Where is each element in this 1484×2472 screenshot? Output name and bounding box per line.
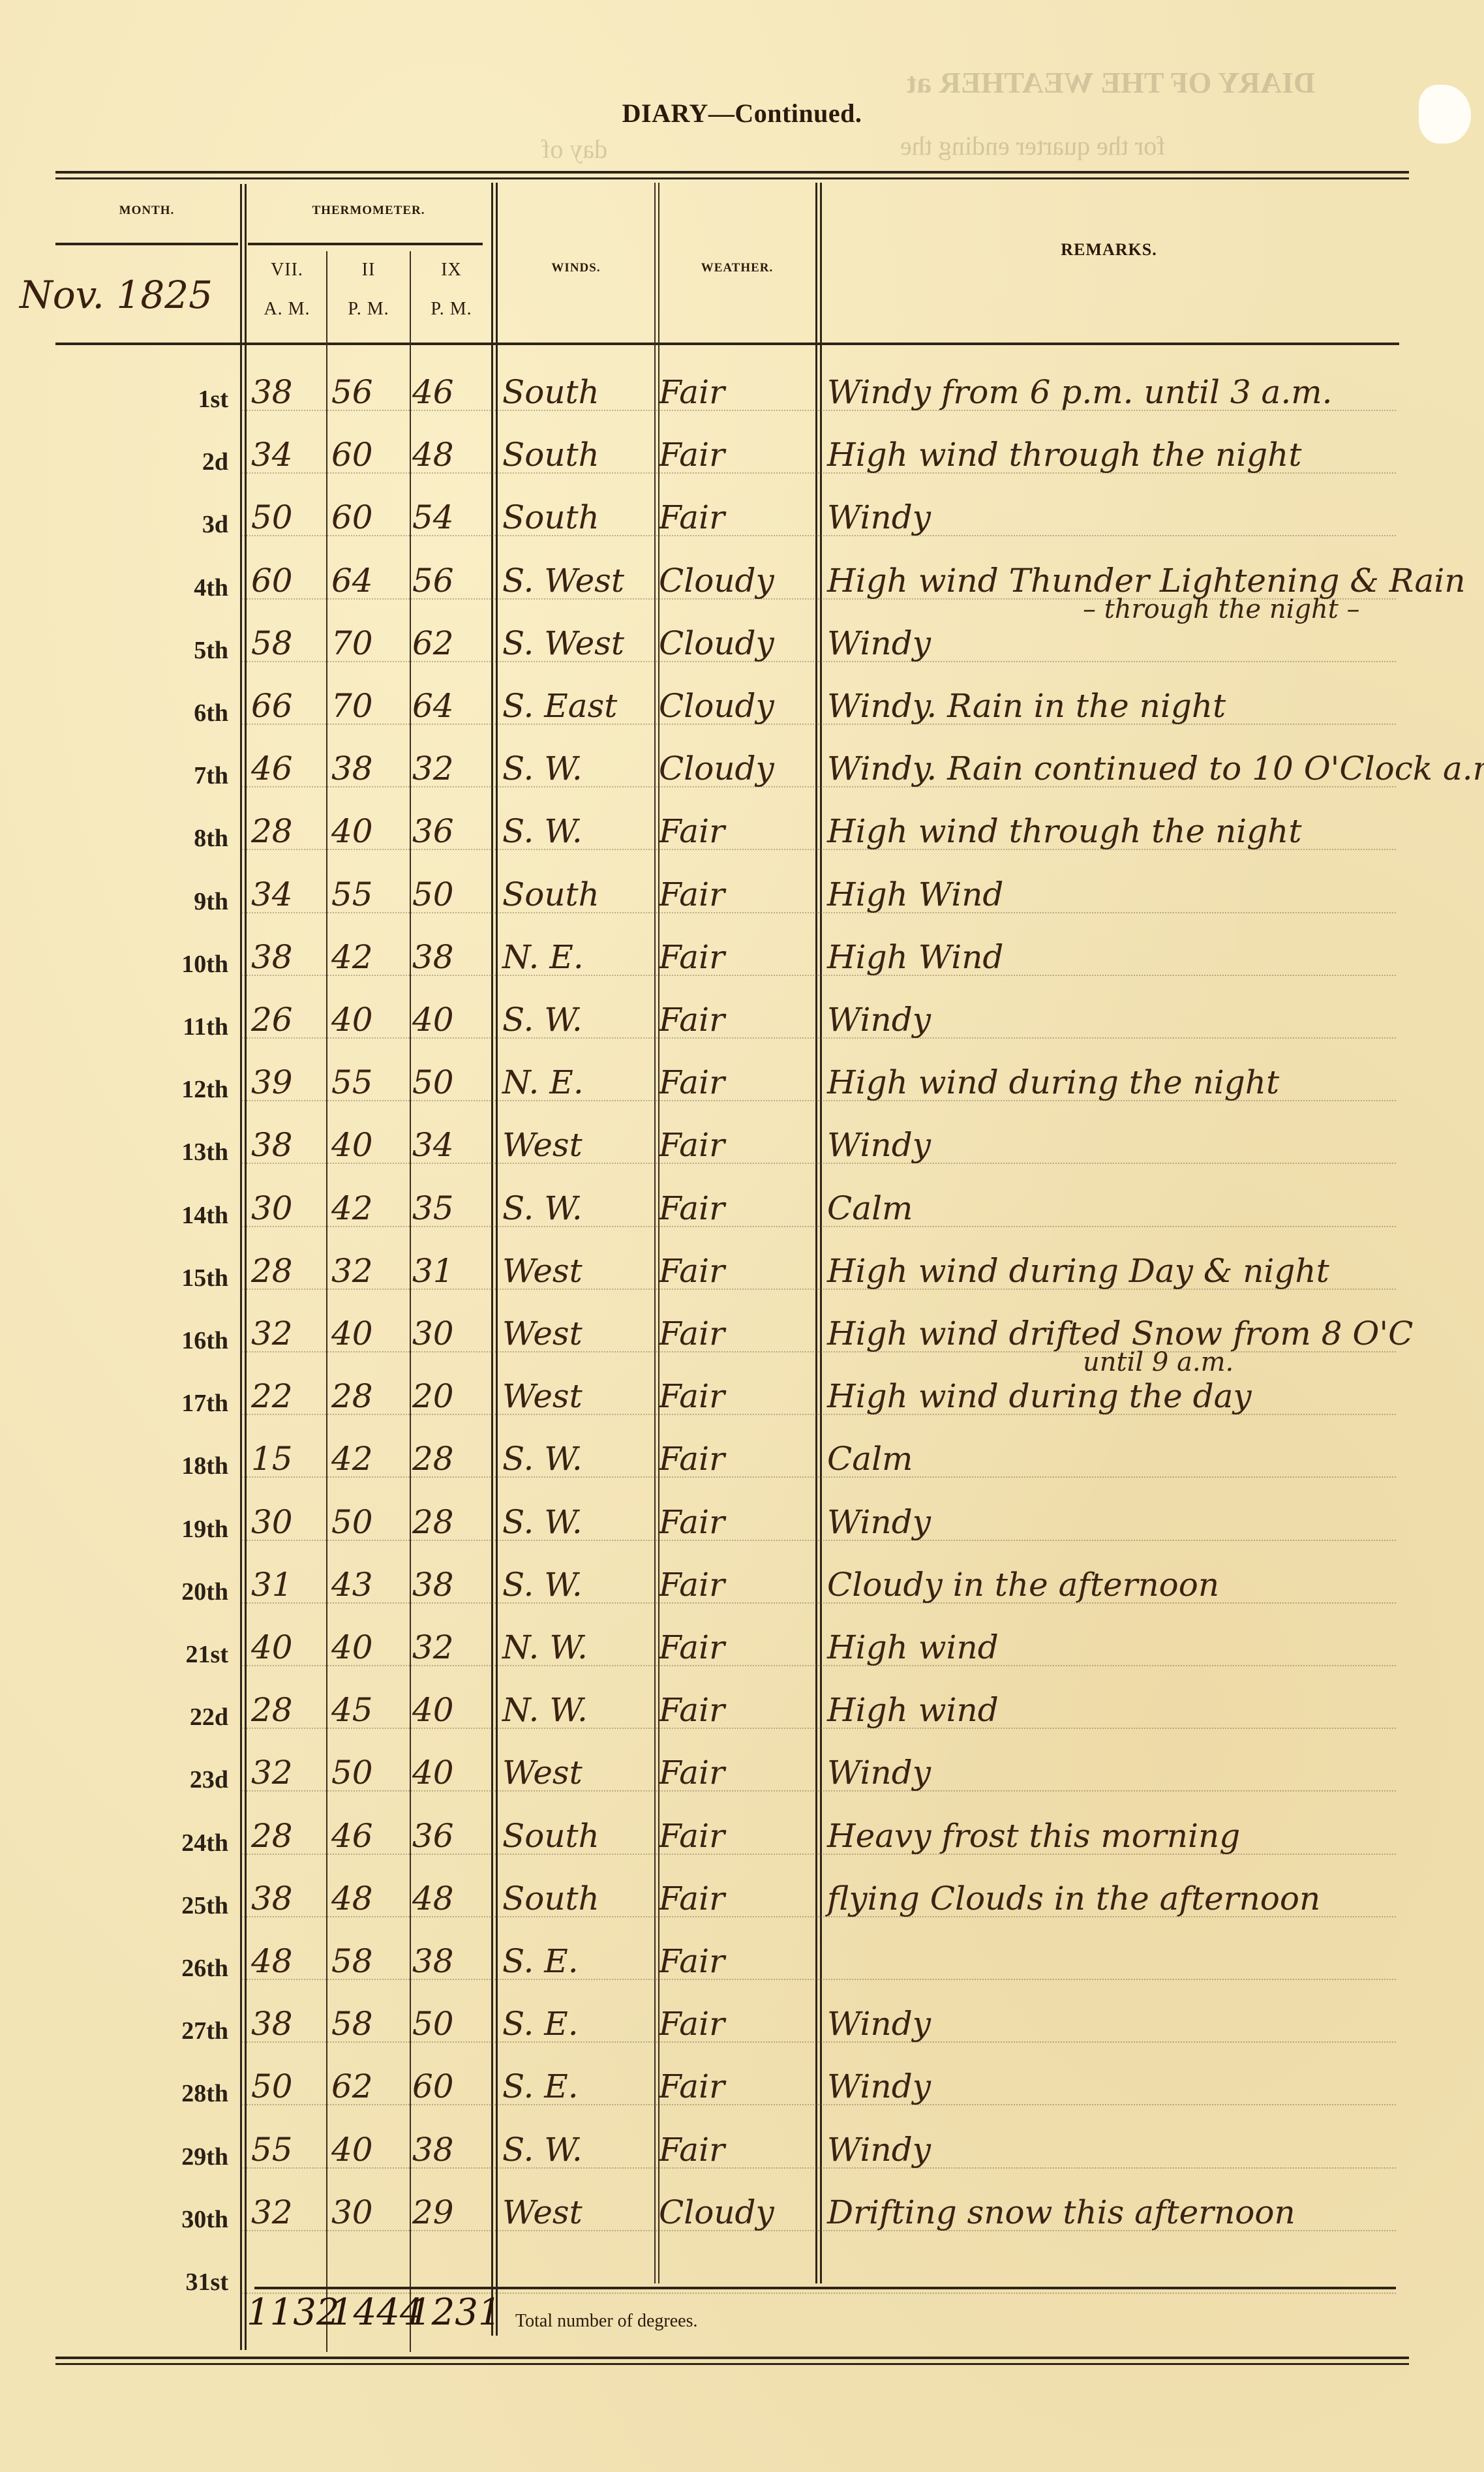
weather-condition: Fair	[659, 373, 725, 411]
remark: Windy. Rain continued to 10 O'Clock a.m.	[827, 750, 1484, 787]
temp-7am: 58	[251, 624, 293, 662]
remark: High Wind	[827, 938, 1003, 976]
wind-direction: S. W.	[502, 750, 583, 787]
table-row: 23d 32 50 40 West Fair Windy	[0, 1738, 1484, 1801]
temp-2pm: 48	[331, 1880, 373, 1917]
remark: High wind during Day & night	[827, 1252, 1329, 1290]
table-row: 27th 38 58 50 S. E. Fair Windy	[0, 1989, 1484, 2052]
day-label: 10th	[150, 950, 228, 979]
temp-7am: 32	[251, 2193, 293, 2231]
temp-9pm: 28	[412, 1503, 454, 1541]
temp-9pm: 40	[412, 1691, 454, 1729]
wind-direction: West	[502, 2193, 583, 2231]
temp-9pm: 38	[412, 938, 454, 976]
temp-9pm: 48	[412, 436, 454, 474]
temp-2pm: 55	[331, 1063, 373, 1101]
weather-condition: Cloudy	[659, 624, 774, 662]
temp-7am: 38	[251, 938, 293, 976]
temp-7am: 50	[251, 498, 293, 536]
temp-2pm: 64	[331, 562, 373, 600]
wind-direction: S. E.	[502, 2068, 579, 2105]
table-row: 12th 39 55 50 N. E. Fair High wind durin…	[0, 1048, 1484, 1110]
winds-header: WINDS.	[498, 261, 654, 275]
remark: High wind through the night	[827, 436, 1301, 474]
wind-direction: S. W.	[502, 1503, 583, 1541]
temp-2pm: 60	[331, 498, 373, 536]
temp-2pm: 43	[331, 1566, 373, 1604]
weather-condition: Fair	[659, 2005, 725, 2043]
wind-direction: West	[502, 1252, 583, 1290]
temp-7am: 48	[251, 1942, 293, 1980]
temp-2pm: 40	[331, 1001, 373, 1039]
temp-7am: 26	[251, 1001, 293, 1039]
table-row: 20th 31 43 38 S. W. Fair Cloudy in the a…	[0, 1550, 1484, 1613]
day-label: 28th	[150, 2079, 228, 2108]
table-row: 18th 15 42 28 S. W. Fair Calm	[0, 1424, 1484, 1487]
temp-9pm: 38	[412, 1566, 454, 1604]
wind-direction: West	[502, 1315, 583, 1352]
remark: High wind during the day	[827, 1377, 1252, 1415]
remark: flying Clouds in the afternoon	[827, 1880, 1320, 1917]
temp-7am: 55	[251, 2131, 293, 2169]
weather-condition: Fair	[659, 498, 725, 536]
remark: Windy	[827, 624, 931, 662]
remarks-header: REMARKS.	[822, 240, 1396, 260]
temp-2pm: 40	[331, 1315, 373, 1352]
wind-direction: S. West	[502, 562, 624, 600]
table-row: 26th 48 58 38 S. E. Fair	[0, 1927, 1484, 1989]
temp-2pm: 50	[331, 1503, 373, 1541]
temp-2pm: 46	[331, 1817, 373, 1855]
temp-7am: 30	[251, 1189, 293, 1227]
day-label: 13th	[150, 1138, 228, 1167]
temp-9pm: 30	[412, 1315, 454, 1352]
table-row: 1st 38 56 46 South Fair Windy from 6 p.m…	[0, 358, 1484, 420]
temp-9pm: 56	[412, 562, 454, 600]
total-am7: 1132	[247, 2291, 340, 2334]
temp-7am: 32	[251, 1315, 293, 1352]
total-label: Total number of degrees.	[515, 2311, 698, 2332]
wind-direction: N. E.	[502, 938, 584, 976]
temp-9pm: 54	[412, 498, 454, 536]
temp-7am: 39	[251, 1063, 293, 1101]
wind-direction: West	[502, 1126, 583, 1164]
top-rule	[55, 171, 1409, 174]
day-label: 22d	[150, 1703, 228, 1732]
temp-2pm: 58	[331, 2005, 373, 2043]
weather-condition: Fair	[659, 938, 725, 976]
table-row: 4th 60 64 56 S. West Cloudy High wind Th…	[0, 546, 1484, 609]
table-row: 24th 28 46 36 South Fair Heavy frost thi…	[0, 1801, 1484, 1864]
remark: High wind through the night	[827, 812, 1301, 850]
bottom-rule	[55, 2357, 1409, 2359]
month-entry: Nov. 1825	[20, 273, 213, 317]
weather-condition: Fair	[659, 1440, 725, 1478]
temp-2pm: 38	[331, 750, 373, 787]
temp-2pm: 40	[331, 1126, 373, 1164]
day-label: 11th	[150, 1013, 228, 1041]
remark: Windy	[827, 1126, 931, 1164]
wind-direction: S. W.	[502, 812, 583, 850]
day-label: 3d	[150, 510, 228, 539]
temp-9pm: 50	[412, 876, 454, 913]
temp-9pm: 38	[412, 2131, 454, 2169]
month-header-rule	[55, 243, 238, 245]
top-rule-2	[55, 177, 1409, 179]
temp-2pm: 62	[331, 2068, 373, 2105]
weather-condition: Cloudy	[659, 750, 774, 787]
day-label: 19th	[150, 1515, 228, 1544]
table-row: 16th 32 40 30 West Fair High wind drifte…	[0, 1299, 1484, 1362]
wind-direction: S. W.	[502, 1440, 583, 1478]
temp-9pm: 35	[412, 1189, 454, 1227]
table-row: 31st	[0, 2240, 1484, 2303]
temp-9pm: 46	[412, 373, 454, 411]
time-header-vii: VII.	[248, 260, 326, 281]
day-label: 15th	[150, 1264, 228, 1292]
bleed-through-day-of: day of	[541, 134, 607, 164]
temp-2pm: 40	[331, 812, 373, 850]
temp-2pm: 45	[331, 1691, 373, 1729]
bleed-through-heading: DIARY OF THE WEATHER at	[907, 65, 1315, 100]
weather-condition: Fair	[659, 2131, 725, 2169]
temp-2pm: 50	[331, 1754, 373, 1792]
temp-9pm: 20	[412, 1377, 454, 1415]
table-row: 5th 58 70 62 S. West Cloudy Windy	[0, 609, 1484, 671]
table-row: 3d 50 60 54 South Fair Windy	[0, 483, 1484, 545]
remark: Windy	[827, 1503, 931, 1541]
temp-7am: 38	[251, 373, 293, 411]
temp-7am: 30	[251, 1503, 293, 1541]
temp-9pm: 32	[412, 1628, 454, 1666]
temp-7am: 28	[251, 1691, 293, 1729]
temp-7am: 66	[251, 687, 293, 725]
weather-condition: Fair	[659, 1566, 725, 1604]
day-label: 29th	[150, 2143, 228, 2171]
temp-9pm: 50	[412, 2005, 454, 2043]
wind-direction: S. E.	[502, 2005, 579, 2043]
remark: Drifting snow this afternoon	[827, 2193, 1295, 2231]
day-label: 9th	[150, 887, 228, 916]
day-label: 1st	[150, 385, 228, 414]
temp-2pm: 70	[331, 687, 373, 725]
weather-condition: Fair	[659, 1754, 725, 1792]
temp-7am: 38	[251, 2005, 293, 2043]
time-header-ii: II	[327, 260, 410, 281]
remark: Windy	[827, 1001, 931, 1039]
thermometer-header-rule	[248, 243, 483, 245]
remark: High wind during the night	[827, 1063, 1279, 1101]
header-bottom-rule	[55, 343, 1399, 345]
temp-2pm: 32	[331, 1252, 373, 1290]
day-label: 7th	[150, 761, 228, 790]
wind-direction: South	[502, 1880, 599, 1917]
page-title: DIARY—Continued.	[0, 98, 1484, 129]
weather-condition: Cloudy	[659, 2193, 774, 2231]
weather-condition: Cloudy	[659, 687, 774, 725]
table-row: 19th 30 50 28 S. W. Fair Windy	[0, 1488, 1484, 1550]
temp-9pm: 60	[412, 2068, 454, 2105]
diary-page: DIARY OF THE WEATHER at for the quarter …	[0, 0, 1484, 2472]
temp-9pm: 31	[412, 1252, 454, 1290]
wind-direction: S. East	[502, 687, 617, 725]
table-row: 6th 66 70 64 S. East Cloudy Windy. Rain …	[0, 671, 1484, 734]
day-label: 30th	[150, 2205, 228, 2234]
weather-condition: Fair	[659, 1126, 725, 1164]
temp-9pm: 50	[412, 1063, 454, 1101]
temp-7am: 34	[251, 876, 293, 913]
temp-2pm: 42	[331, 1440, 373, 1478]
month-header: MONTH.	[55, 204, 238, 218]
table-row: 14th 30 42 35 S. W. Fair Calm	[0, 1174, 1484, 1236]
temp-7am: 22	[251, 1377, 293, 1415]
table-row: 13th 38 40 34 West Fair Windy	[0, 1110, 1484, 1173]
temp-7am: 28	[251, 1817, 293, 1855]
wind-direction: N. W.	[502, 1628, 588, 1666]
day-label: 23d	[150, 1765, 228, 1794]
wind-direction: N. W.	[502, 1691, 588, 1729]
day-label: 14th	[150, 1201, 228, 1230]
table-row: 11th 26 40 40 S. W. Fair Windy	[0, 985, 1484, 1048]
wind-direction: S. W.	[502, 1189, 583, 1227]
table-row: 9th 34 55 50 South Fair High Wind	[0, 860, 1484, 923]
temp-7am: 38	[251, 1880, 293, 1917]
temp-7am: 40	[251, 1628, 293, 1666]
remark: Windy	[827, 2068, 931, 2105]
temp-9pm: 34	[412, 1126, 454, 1164]
weather-condition: Fair	[659, 1503, 725, 1541]
temp-2pm: 42	[331, 1189, 373, 1227]
wind-direction: West	[502, 1377, 583, 1415]
temp-9pm: 38	[412, 1942, 454, 1980]
wind-direction: S. E.	[502, 1942, 579, 1980]
remark: Windy	[827, 2131, 931, 2169]
weather-condition: Cloudy	[659, 562, 774, 600]
temp-2pm: 42	[331, 938, 373, 976]
temp-9pm: 40	[412, 1001, 454, 1039]
temp-9pm: 28	[412, 1440, 454, 1478]
day-label: 17th	[150, 1389, 228, 1418]
bleed-through-subheading: for the quarter ending the	[900, 130, 1166, 161]
table-row: 29th 55 40 38 S. W. Fair Windy	[0, 2115, 1484, 2178]
remark: Windy	[827, 498, 931, 536]
temp-9pm: 62	[412, 624, 454, 662]
wind-direction: S. W.	[502, 2131, 583, 2169]
table-row: 2d 34 60 48 South Fair High wind through…	[0, 420, 1484, 483]
wind-direction: N. E.	[502, 1063, 584, 1101]
time-header-ix: IX	[411, 260, 492, 281]
temp-7am: 50	[251, 2068, 293, 2105]
time-header-ix-period: P. M.	[411, 299, 492, 320]
remark: Windy	[827, 1754, 931, 1792]
day-label: 20th	[150, 1578, 228, 1606]
day-label: 25th	[150, 1891, 228, 1920]
day-label: 24th	[150, 1829, 228, 1857]
wind-direction: South	[502, 373, 599, 411]
weather-condition: Fair	[659, 1880, 725, 1917]
temp-7am: 15	[251, 1440, 293, 1478]
weather-header: WEATHER.	[659, 261, 815, 275]
temp-2pm: 55	[331, 876, 373, 913]
temp-7am: 31	[251, 1566, 293, 1604]
temp-9pm: 29	[412, 2193, 454, 2231]
day-label: 2d	[150, 448, 228, 476]
weather-condition: Fair	[659, 1063, 725, 1101]
temp-9pm: 36	[412, 1817, 454, 1855]
weather-condition: Fair	[659, 1189, 725, 1227]
weather-condition: Fair	[659, 876, 725, 913]
remark: High wind	[827, 1628, 999, 1666]
day-label: 12th	[150, 1075, 228, 1104]
wind-direction: West	[502, 1754, 583, 1792]
remark: Calm	[827, 1189, 913, 1227]
time-header-vii-period: A. M.	[248, 299, 326, 320]
temp-7am: 32	[251, 1754, 293, 1792]
temp-9pm: 36	[412, 812, 454, 850]
table-row: 25th 38 48 48 South Fair flying Clouds i…	[0, 1864, 1484, 1927]
temp-7am: 28	[251, 1252, 293, 1290]
remark: Windy from 6 p.m. until 3 a.m.	[827, 373, 1333, 411]
table-row: 28th 50 62 60 S. E. Fair Windy	[0, 2052, 1484, 2114]
temp-2pm: 58	[331, 1942, 373, 1980]
weather-condition: Fair	[659, 1628, 725, 1666]
wind-direction: S. West	[502, 624, 624, 662]
table-row: 10th 38 42 38 N. E. Fair High Wind	[0, 923, 1484, 985]
thermometer-header: THERMOMETER.	[248, 204, 489, 218]
total-pm9: 1231	[408, 2291, 502, 2334]
temp-2pm: 70	[331, 624, 373, 662]
table-row: 15th 28 32 31 West Fair High wind during…	[0, 1236, 1484, 1299]
temp-2pm: 56	[331, 373, 373, 411]
remark: Windy. Rain in the night	[827, 687, 1226, 725]
wind-direction: South	[502, 1817, 599, 1855]
wind-direction: South	[502, 436, 599, 474]
weather-condition: Fair	[659, 1315, 725, 1352]
day-label: 5th	[150, 636, 228, 665]
weather-condition: Fair	[659, 812, 725, 850]
table-row: 30th 32 30 29 West Cloudy Drifting snow …	[0, 2178, 1484, 2240]
temp-2pm: 30	[331, 2193, 373, 2231]
wind-direction: South	[502, 876, 599, 913]
bottom-rule-2	[55, 2363, 1409, 2365]
wind-direction: S. W.	[502, 1001, 583, 1039]
wind-direction: S. W.	[502, 1566, 583, 1604]
weather-condition: Fair	[659, 2068, 725, 2105]
remark: Windy	[827, 2005, 931, 2043]
temp-2pm: 40	[331, 1628, 373, 1666]
temp-2pm: 40	[331, 2131, 373, 2169]
time-header-ii-period: P. M.	[327, 299, 410, 320]
temp-7am: 60	[251, 562, 293, 600]
wind-direction: South	[502, 498, 599, 536]
remark: High Wind	[827, 876, 1003, 913]
day-label: 31st	[150, 2268, 228, 2297]
weather-condition: Fair	[659, 1691, 725, 1729]
day-label: 27th	[150, 2017, 228, 2045]
temp-9pm: 40	[412, 1754, 454, 1792]
weather-condition: Fair	[659, 1377, 725, 1415]
day-label: 8th	[150, 824, 228, 853]
day-label: 4th	[150, 573, 228, 602]
temp-2pm: 60	[331, 436, 373, 474]
weather-condition: Fair	[659, 1942, 725, 1980]
totals-rule	[254, 2287, 1396, 2289]
table-row: 7th 46 38 32 S. W. Cloudy Windy. Rain co…	[0, 734, 1484, 797]
day-label: 6th	[150, 699, 228, 727]
table-row: 22d 28 45 40 N. W. Fair High wind	[0, 1675, 1484, 1738]
remark: Cloudy in the afternoon	[827, 1566, 1219, 1604]
temp-9pm: 32	[412, 750, 454, 787]
weather-condition: Fair	[659, 436, 725, 474]
weather-condition: Fair	[659, 1817, 725, 1855]
remark: High wind	[827, 1691, 999, 1729]
weather-condition: Fair	[659, 1001, 725, 1039]
remark: Calm	[827, 1440, 913, 1478]
temp-7am: 38	[251, 1126, 293, 1164]
day-label: 18th	[150, 1452, 228, 1480]
temp-7am: 46	[251, 750, 293, 787]
temp-9pm: 48	[412, 1880, 454, 1917]
table-row: 21st 40 40 32 N. W. Fair High wind	[0, 1613, 1484, 1675]
weather-condition: Fair	[659, 1252, 725, 1290]
temp-9pm: 64	[412, 687, 454, 725]
temp-7am: 28	[251, 812, 293, 850]
day-label: 26th	[150, 1954, 228, 1983]
day-label: 21st	[150, 1640, 228, 1669]
temp-7am: 34	[251, 436, 293, 474]
table-row: 17th 22 28 20 West Fair High wind during…	[0, 1362, 1484, 1424]
remark: Heavy frost this morning	[827, 1817, 1240, 1855]
table-row: 8th 28 40 36 S. W. Fair High wind throug…	[0, 797, 1484, 859]
temp-2pm: 28	[331, 1377, 373, 1415]
day-label: 16th	[150, 1326, 228, 1355]
